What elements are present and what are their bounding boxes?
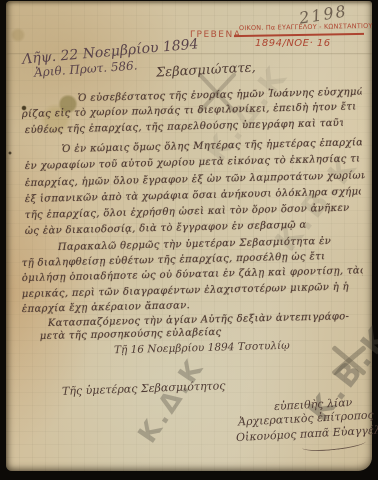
handwritten-line: ἐξ ἱσπανικῶν ἀπὸ τὰ χωράφια ὅσαι ἀνήκουσ… bbox=[25, 186, 361, 205]
handwritten-line: εὐθέως τῆς ἐπαρχίας, τῆς παρελθούσης ὑπε… bbox=[25, 118, 343, 136]
handwritten-line: Παρακαλῶ θερμῶς τὴν ὑμετέραν Σεβασμιότητ… bbox=[58, 235, 358, 253]
handwritten-line: ἐν χωραφίων τοῦ αὐτοῦ χωρίου μετὰ εἰκόνα… bbox=[25, 153, 363, 172]
handwritten-line: μετὰ τῆς προσηκούσης εὐλαβείας bbox=[40, 327, 225, 342]
closing-date-place: Τῇ 16 Νοεμβρίου 1894 Τσοτυλίῳ bbox=[114, 340, 290, 357]
letter-paper: Κ.Δ.Κ Κ.Β.Κ Κ.Δ.Κ Κ.Β.Κ 2198 ΓΡΕΒΕΝΑ ΟΙΚ… bbox=[6, 1, 372, 471]
valediction: Τῆς ὑμετέρας Σεβασμιότητος bbox=[62, 379, 226, 398]
handwritten-line: ἐπαρχία ἔχῃ ἀκέραιον ἅπασαν. bbox=[22, 299, 232, 315]
handwritten-line: ρίζας εἰς τὸ χωρίον πωλησάς τι διεφιλονί… bbox=[22, 101, 362, 120]
handwritten-line: ὁμιλήσῃ ὁποιαδήποτε ὡς οὐ δύναται ἐν ζάλ… bbox=[22, 265, 363, 284]
handwritten-line: ἐπαρχίας, ἡμῶν ὅλου ἔγραφον ἐξ ὧν τῶν λα… bbox=[25, 170, 365, 189]
scanned-letter: Κ.Δ.Κ Κ.Β.Κ Κ.Δ.Κ Κ.Β.Κ 2198 ΓΡΕΒΕΝΑ ΟΙΚ… bbox=[0, 0, 378, 480]
archive-note-bar bbox=[234, 33, 364, 37]
handwritten-line: ὡς ἐὰν δικαιοδοσίᾳ, διὰ τὸ ἔγγραφον ἐν σ… bbox=[25, 220, 307, 237]
handwritten-line: Ὁ ἐν κώμαις ὅμως ὅλης Μητέρας τῆς ἡμετέρ… bbox=[62, 137, 362, 155]
handwritten-line: μερικάς, περὶ τῶν διαγραφέντων ἐλαχιστοτ… bbox=[22, 281, 364, 300]
salutation: Σεβασμιώτατε, bbox=[156, 60, 256, 80]
archive-note-top: ΟΙΚΟΝ. Πα ΕΥΑΓΓΕΛΟΥ - ΚΩΝΣΤΑΝΤΙΟΥ bbox=[239, 22, 373, 32]
watermark-kdk-bottom-center: Κ.Δ.Κ bbox=[133, 353, 211, 449]
archive-note-date: 1894/ΝΟΕ· 16 bbox=[255, 38, 331, 49]
handwritten-line: τῆς ἐπαρχίας, ὅλοι ἐχρήσθη ὡσεὶ καὶ τὸν … bbox=[25, 203, 355, 221]
